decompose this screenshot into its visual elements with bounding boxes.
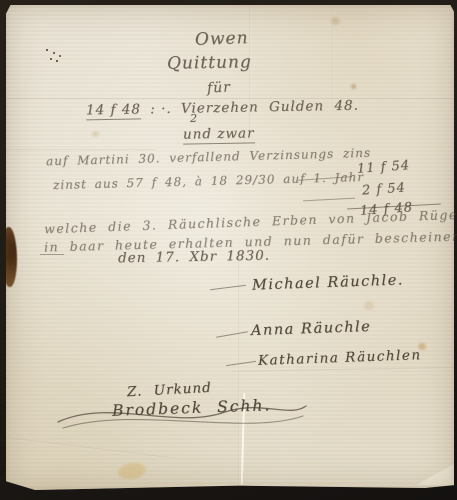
- fold-line-vertical-right: [332, 5, 334, 110]
- calc-row-2: 2 f 54: [362, 181, 407, 198]
- correction-mark: 2: [190, 113, 198, 125]
- foxing-spot: [92, 131, 99, 137]
- foxing-spot: [351, 84, 356, 89]
- ink-specks: [46, 49, 48, 51]
- preposition-line: für: [207, 80, 232, 97]
- corner-fold-flap: [416, 463, 456, 485]
- fold-line-horizontal-left: [6, 149, 156, 151]
- amount-separator: : ·.: [150, 101, 172, 117]
- fold-line-vertical-bottom: [238, 255, 240, 487]
- photo-of-receipt: Owen Quittung für 14 f 48 : ·. Vierzehen…: [0, 0, 457, 500]
- fold-line-diagonal-bottom-left: [6, 437, 175, 460]
- amount-words: Vierzehen Gulden 48.: [181, 98, 359, 117]
- date-line: den 17. Xbr 1830.: [118, 249, 270, 266]
- foxing-spot: [331, 17, 340, 25]
- place-line: Owen: [195, 29, 249, 50]
- foxing-spot: [364, 301, 374, 310]
- wax-seal-stain: [2, 227, 17, 287]
- signature-flourish: [55, 392, 310, 436]
- heading-line: Quittung: [167, 53, 252, 73]
- und-zwar-line: und zwar: [183, 126, 255, 144]
- amount-figure: 14 f 48: [86, 101, 141, 120]
- bottom-stain: [117, 461, 147, 481]
